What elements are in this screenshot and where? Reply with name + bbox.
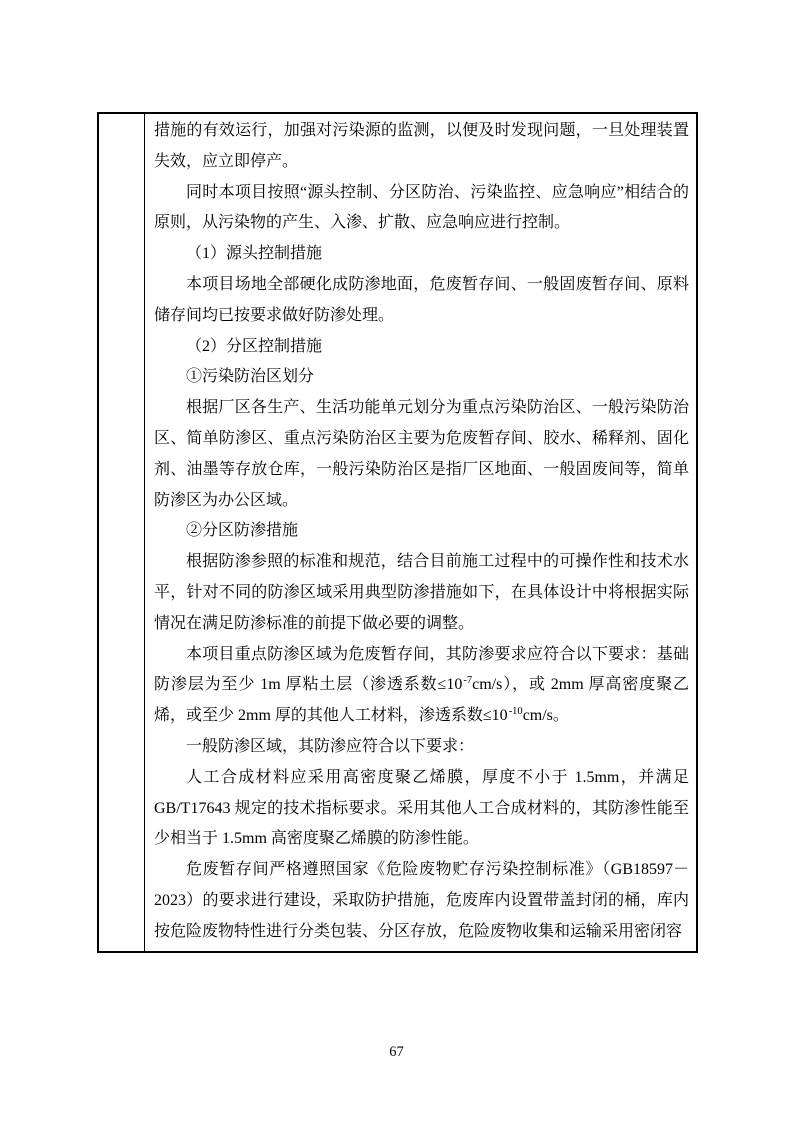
paragraph: 本项目场地全部硬化成防渗地面，危废暂存间、一般固废暂存间、原料储存间均已按要求做… [154,270,689,332]
paragraph: 人工合成材料应采用高密度聚乙烯膜，厚度不小于 1.5mm，并满足 GB/T176… [154,763,689,855]
paragraph: 根据厂区各生产、生活功能单元划分为重点污染防治区、一般污染防治区、简单防渗区、重… [154,393,689,516]
table-content-cell: 措施的有效运行，加强对污染源的监测，以便及时发现问题，一旦处理装置失效，应立即停… [145,114,696,951]
paragraph: 危废暂存间严格遵照国家《危险废物贮存污染控制标准》（GB18597－2023）的… [154,855,689,947]
document-page: 措施的有效运行，加强对污染源的监测，以便及时发现问题，一旦处理装置失效，应立即停… [0,0,793,1122]
paragraph-with-superscripts: 本项目重点防渗区域为危废暂存间，其防渗要求应符合以下要求：基础防渗层为至少 1m… [154,640,689,732]
page-number: 67 [0,1044,793,1061]
paragraph-heading-zone-control: （2）分区控制措施 [154,332,689,363]
content-table: 措施的有效运行，加强对污染源的监测，以便及时发现问题，一旦处理装置失效，应立即停… [97,112,698,953]
paragraph-heading-seepage-measures: ②分区防渗措施 [154,516,689,547]
paragraph-heading-zone-division: ①污染防治区划分 [154,362,689,393]
superscript-exponent: -7 [463,675,472,686]
paragraph: 同时本项目按照“源头控制、分区防治、污染监控、应急响应”相结合的原则，从污染物的… [154,178,689,240]
superscript-exponent: -10 [509,706,523,717]
paragraph-continuation: 措施的有效运行，加强对污染源的监测，以便及时发现问题，一旦处理装置失效，应立即停… [154,116,689,178]
paragraph-text: cm/s。 [523,707,569,724]
paragraph: 根据防渗参照的标准和规范，结合目前施工过程中的可操作性和技术水平，针对不同的防渗… [154,547,689,639]
paragraph-heading-source-control: （1）源头控制措施 [154,239,689,270]
paragraph: 一般防渗区域，其防渗应符合以下要求： [154,732,689,763]
table-left-column [99,114,145,951]
